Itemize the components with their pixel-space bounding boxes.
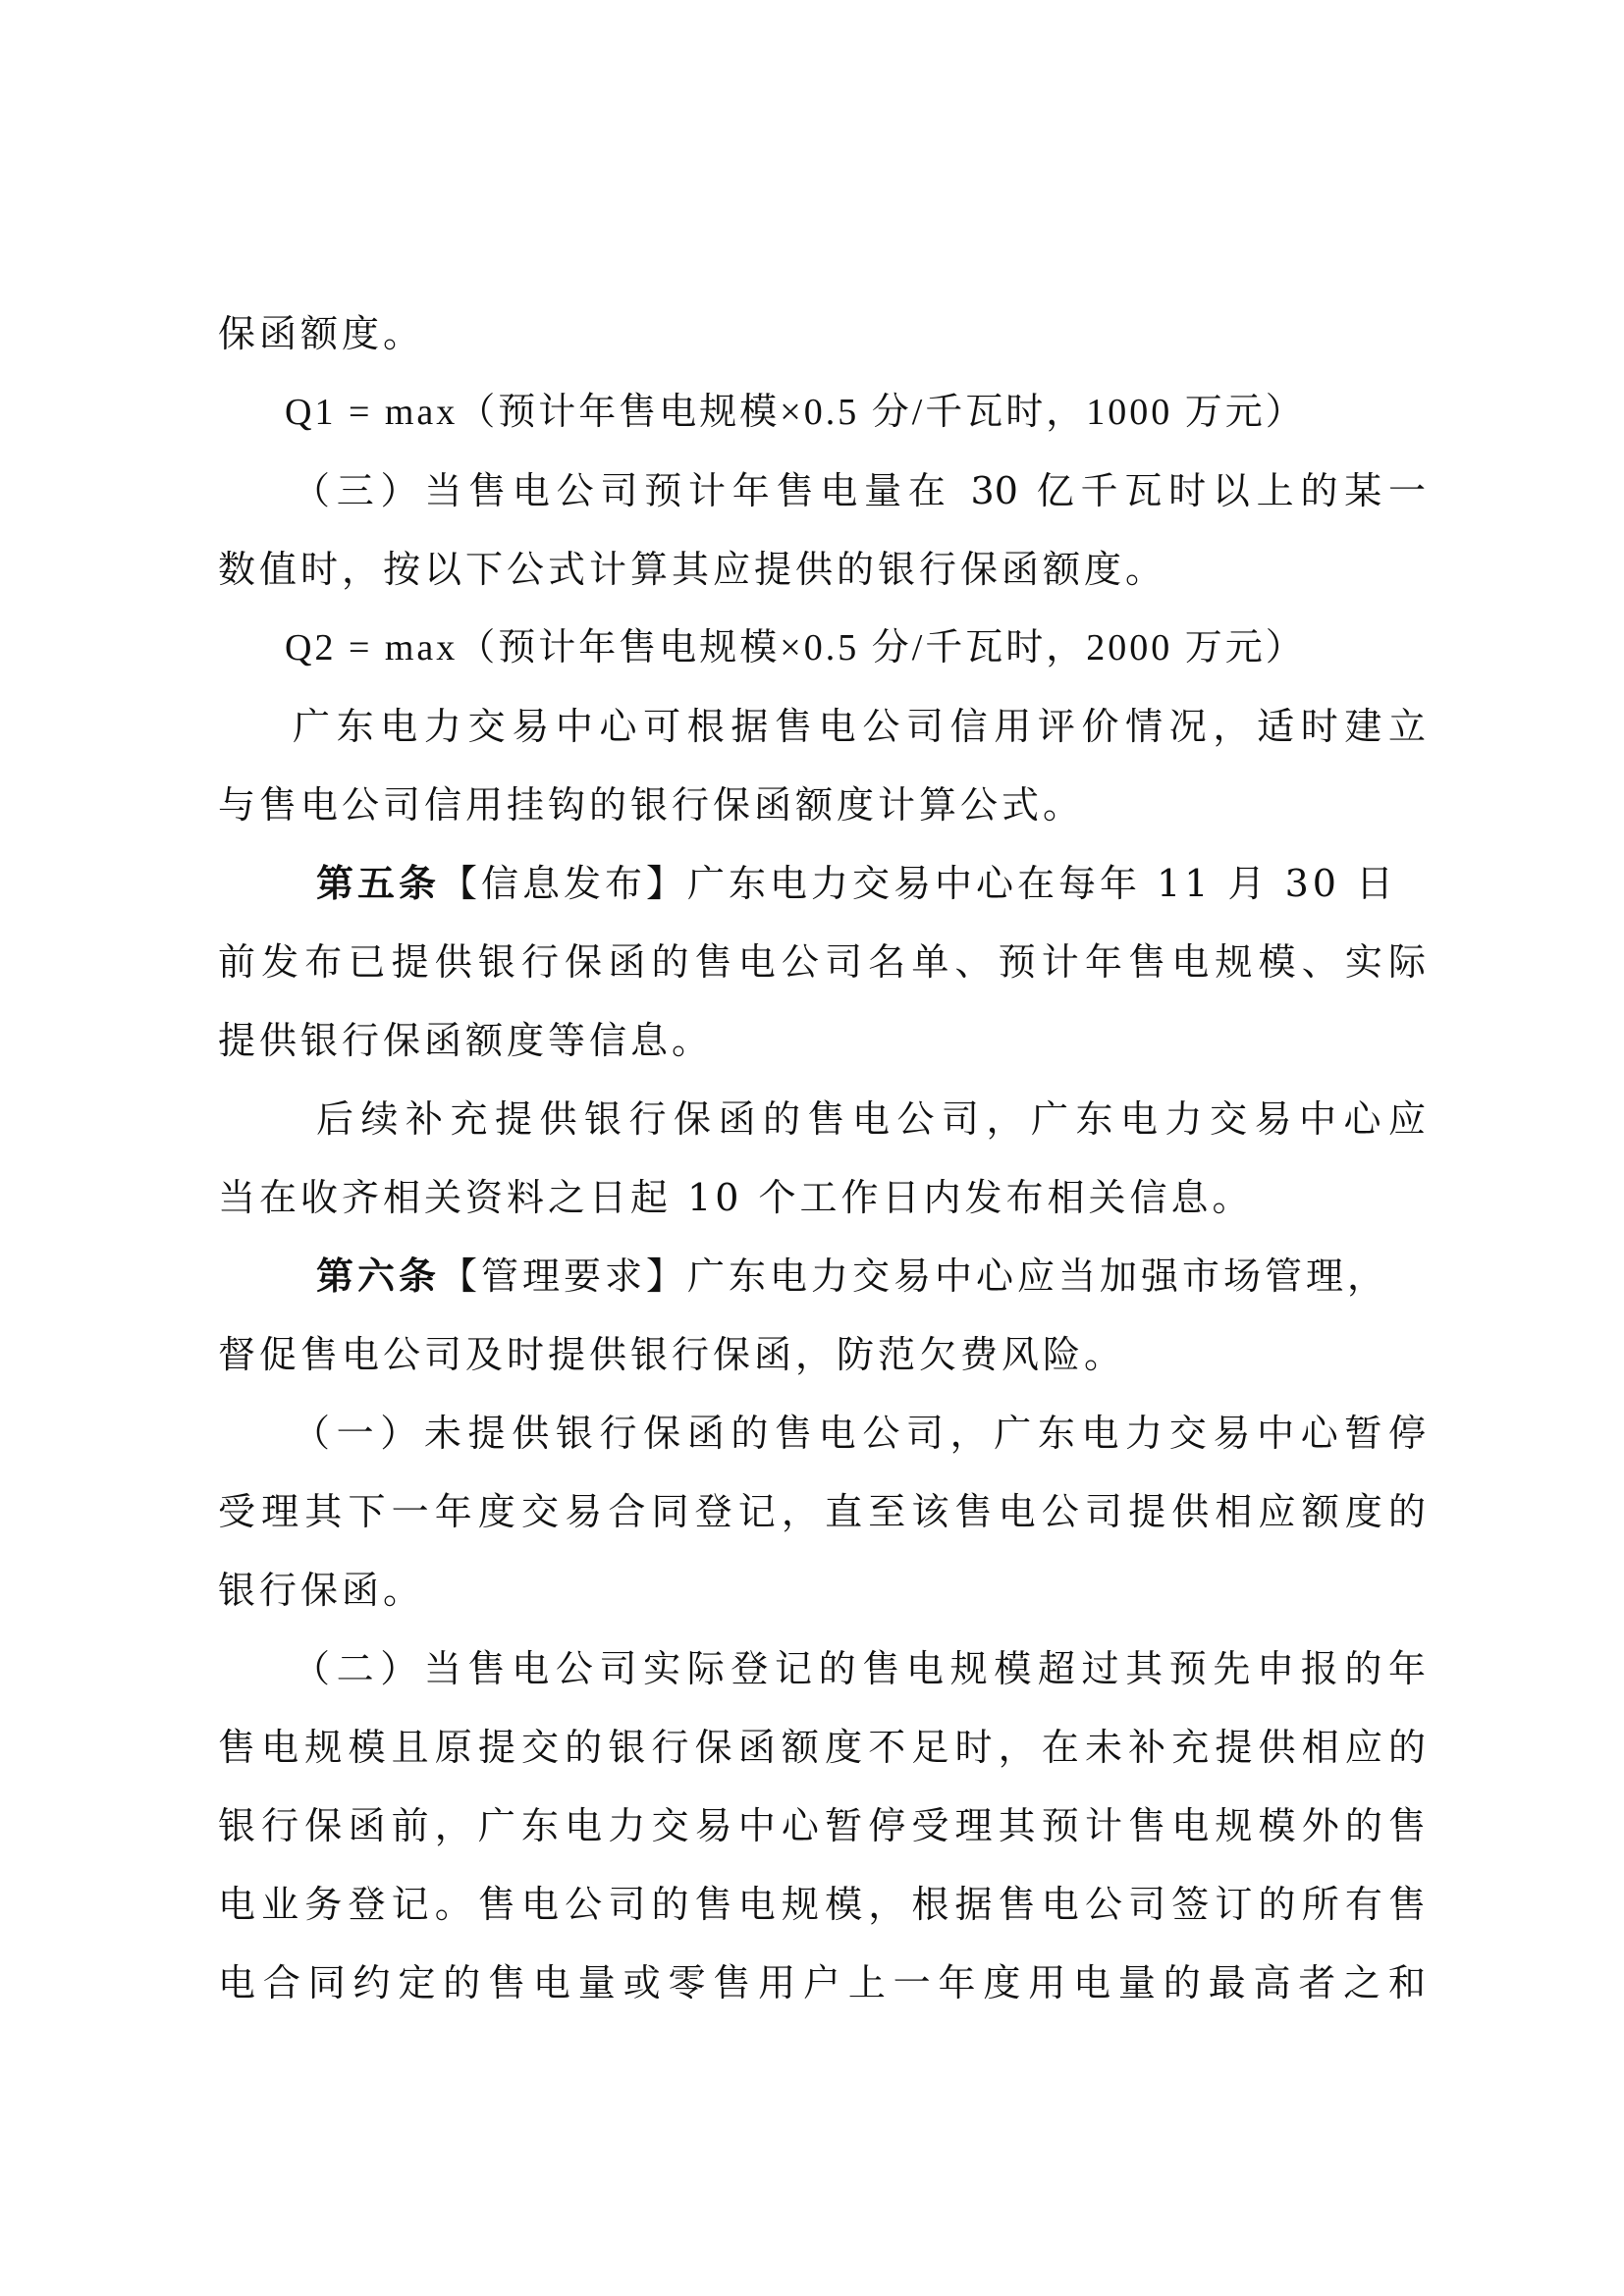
- article-5-followup-line-2: 当在收齐相关资料之日起 10 个工作日内发布相关信息。: [218, 1158, 1254, 1237]
- clause-3-line-2: 数值时，按以下公式计算其应提供的银行保函额度。: [218, 530, 1166, 609]
- paragraph-continuation: 保函额度。: [218, 294, 424, 373]
- text-line: 后续补充提供银行保函的售电公司，广东电力交易中心应: [316, 1097, 1426, 1141]
- article-6-clause-2-line-5: 电合同约定的售电量或零售用户上一年度用电量的最高者之和: [218, 1944, 1426, 2022]
- text-line: 【信息发布】广东电力交易中心在每年 11 月 30 日: [440, 862, 1397, 905]
- article-6-clause-1-line-2: 受理其下一年度交易合同登记，直至该售电公司提供相应额度的: [218, 1472, 1426, 1551]
- text-line: 广东电力交易中心可根据售电公司信用评价情况，适时建立: [293, 705, 1426, 748]
- formula-q1: Q1 = max（预计年售电规模×0.5 分/千瓦时，1000 万元）: [285, 373, 1306, 452]
- text-line: 【管理要求】广东电力交易中心应当加强市场管理，: [440, 1255, 1388, 1298]
- text-line: 与售电公司信用挂钩的银行保函额度计算公式。: [218, 783, 1084, 827]
- article-6-clause-2-line-3: 银行保函前，广东电力交易中心暂停受理其预计售电规模外的售: [218, 1787, 1426, 1865]
- text-line: 银行保函。: [218, 1569, 424, 1612]
- text-line: 提供银行保函额度等信息。: [218, 1019, 713, 1062]
- article-5-line-3: 提供银行保函额度等信息。: [218, 1001, 713, 1080]
- article-6-heading: 第六条: [316, 1254, 440, 1298]
- article-5-followup-line-1: 后续补充提供银行保函的售电公司，广东电力交易中心应: [316, 1080, 1426, 1158]
- text-line: （一）未提供银行保函的售电公司，广东电力交易中心暂停: [293, 1412, 1426, 1455]
- article-6-clause-2-line-1: （二）当售电公司实际登记的售电规模超过其预先申报的年: [293, 1629, 1426, 1708]
- text-line: 电合同约定的售电量或零售用户上一年度用电量的最高者之和: [218, 1961, 1426, 2004]
- formula-text: Q1 = max（预计年售电规模×0.5 分/千瓦时，1000 万元）: [285, 392, 1306, 433]
- article-5-line-2: 前发布已提供银行保函的售电公司名单、预计年售电规模、实际: [218, 923, 1426, 1001]
- text-line: 保函额度。: [218, 312, 424, 355]
- article-6-line-1: 第六条【管理要求】广东电力交易中心应当加强市场管理，: [316, 1237, 1388, 1315]
- credit-paragraph-line-1: 广东电力交易中心可根据售电公司信用评价情况，适时建立: [293, 687, 1426, 766]
- credit-paragraph-line-2: 与售电公司信用挂钩的银行保函额度计算公式。: [218, 766, 1084, 844]
- text-line: 银行保函前，广东电力交易中心暂停受理其预计售电规模外的售: [218, 1804, 1426, 1847]
- article-6-line-2: 督促售电公司及时提供银行保函，防范欠费风险。: [218, 1315, 1125, 1394]
- text-line: 售电规模且原提交的银行保函额度不足时，在未补充提供相应的: [218, 1726, 1426, 1769]
- clause-3-line-1: （三）当售电公司预计年售电量在 30 亿千瓦时以上的某一: [293, 452, 1426, 530]
- text-line: （二）当售电公司实际登记的售电规模超过其预先申报的年: [293, 1647, 1426, 1690]
- text-line: 督促售电公司及时提供银行保函，防范欠费风险。: [218, 1333, 1125, 1376]
- article-6-clause-1-line-1: （一）未提供银行保函的售电公司，广东电力交易中心暂停: [293, 1394, 1426, 1472]
- article-5-heading: 第五条: [316, 861, 440, 905]
- text-line: 受理其下一年度交易合同登记，直至该售电公司提供相应额度的: [218, 1490, 1426, 1533]
- formula-text: Q2 = max（预计年售电规模×0.5 分/千瓦时，2000 万元）: [285, 627, 1306, 668]
- text-line: 电业务登记。售电公司的售电规模，根据售电公司签订的所有售: [218, 1883, 1426, 1926]
- formula-q2: Q2 = max（预计年售电规模×0.5 分/千瓦时，2000 万元）: [285, 609, 1306, 687]
- text-line: 前发布已提供银行保函的售电公司名单、预计年售电规模、实际: [218, 940, 1426, 984]
- article-6-clause-2-line-2: 售电规模且原提交的银行保函额度不足时，在未补充提供相应的: [218, 1708, 1426, 1787]
- text-line: 当在收齐相关资料之日起 10 个工作日内发布相关信息。: [218, 1176, 1254, 1219]
- text-line: 数值时，按以下公式计算其应提供的银行保函额度。: [218, 548, 1166, 591]
- article-6-clause-1-line-3: 银行保函。: [218, 1551, 424, 1629]
- text-line: （三）当售电公司预计年售电量在 30 亿千瓦时以上的某一: [293, 469, 1426, 512]
- article-5-line-1: 第五条【信息发布】广东电力交易中心在每年 11 月 30 日: [316, 844, 1397, 923]
- article-6-clause-2-line-4: 电业务登记。售电公司的售电规模，根据售电公司签订的所有售: [218, 1865, 1426, 1944]
